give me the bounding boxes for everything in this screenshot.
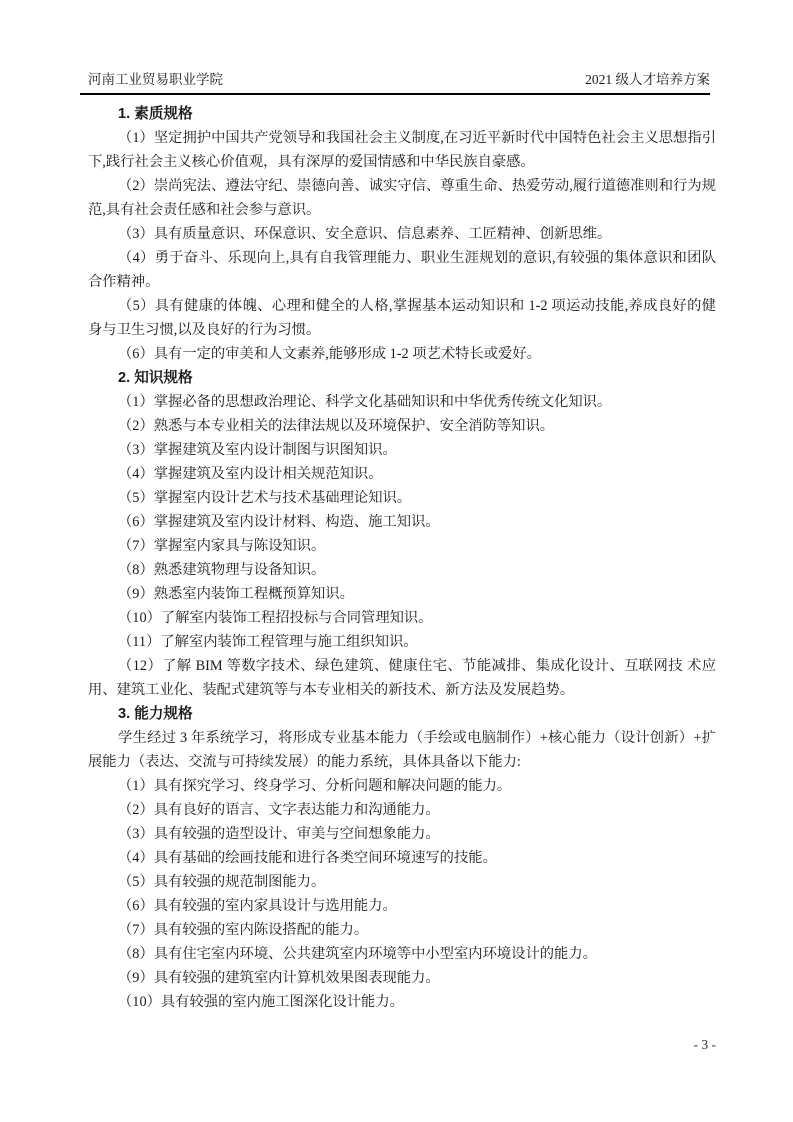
list-paragraph: （7）掌握室内家具与陈设知识。 xyxy=(88,534,716,558)
list-paragraph: （7）具有较强的室内陈设搭配的能力。 xyxy=(88,918,716,942)
list-paragraph: （5）具有较强的规范制图能力。 xyxy=(88,870,716,894)
list-paragraph: （10）了解室内装饰工程招投标与合同管理知识。 xyxy=(88,606,716,630)
document-body: 1. 素质规格（1）坚定拥护中国共产党领导和我国社会主义制度,在习近平新时代中国… xyxy=(88,102,716,1014)
list-paragraph: （2）熟悉与本专业相关的法律法规以及环境保护、安全消防等知识。 xyxy=(88,414,716,438)
list-paragraph: （6）具有一定的审美和人文素养,能够形成 1-2 项艺术特长或爱好。 xyxy=(88,342,716,366)
list-paragraph: （2）具有良好的语言、文字表达能力和沟通能力。 xyxy=(88,798,716,822)
header-plan-title: 2021 级人才培养方案 xyxy=(585,71,710,88)
list-paragraph: （9）熟悉室内装饰工程概预算知识。 xyxy=(88,582,716,606)
list-paragraph: （11）了解室内装饰工程管理与施工组织知识。 xyxy=(88,630,716,654)
header-school-name: 河南工业贸易职业学院 xyxy=(80,71,223,88)
list-paragraph: （10）具有较强的室内施工图深化设计能力。 xyxy=(88,990,716,1014)
list-paragraph: （9）具有较强的建筑室内计算机效果图表现能力。 xyxy=(88,966,716,990)
list-paragraph: （4）勇于奋斗、乐现向上,具有自我管理能力、职业生涯规划的意识,有较强的集体意识… xyxy=(88,246,716,294)
list-paragraph: （6）掌握建筑及室内设计材料、构造、施工知识。 xyxy=(88,510,716,534)
list-paragraph: （3）具有质量意识、环保意识、安全意识、信息素养、工匠精神、创新思维。 xyxy=(88,222,716,246)
list-paragraph: （3）具有较强的造型设计、审美与空间想象能力。 xyxy=(88,822,716,846)
list-paragraph: （5）具有健康的体魄、心理和健全的人格,掌握基本运动知识和 1-2 项运动技能,… xyxy=(88,294,716,342)
section-intro: 学生经过 3 年系统学习，将形成专业基本能力（手绘或电脑制作）+核心能力（设计创… xyxy=(88,726,716,774)
list-paragraph: （12）了解 BIM 等数字技术、绿色建筑、健康住宅、节能减排、集成化设计、互联… xyxy=(88,654,716,702)
list-paragraph: （1）具有探究学习、终身学习、分析问题和解决问题的能力。 xyxy=(88,774,716,798)
list-paragraph: （8）熟悉建筑物理与设备知识。 xyxy=(88,558,716,582)
list-paragraph: （5）掌握室内设计艺术与技术基础理论知识。 xyxy=(88,486,716,510)
list-paragraph: （1）掌握必备的思想政治理论、科学文化基础知识和中华优秀传统文化知识。 xyxy=(88,390,716,414)
section-heading-1: 1. 素质规格 xyxy=(88,102,716,126)
list-paragraph: （8）具有住宅室内环境、公共建筑室内环境等中小型室内环境设计的能力。 xyxy=(88,942,716,966)
list-paragraph: （6）具有较强的室内家具设计与选用能力。 xyxy=(88,894,716,918)
page-header: 河南工业贸易职业学院 2021 级人才培养方案 xyxy=(80,71,710,95)
page-number: - 3 - xyxy=(694,1037,717,1052)
page-footer: - 3 - xyxy=(88,1036,716,1053)
section-heading-2: 2. 知识规格 xyxy=(88,366,716,390)
list-paragraph: （4）具有基础的绘画技能和进行各类空间环境速写的技能。 xyxy=(88,846,716,870)
list-paragraph: （2）崇尚宪法、遵法守纪、崇德向善、诚实守信、尊重生命、热爱劳动,履行道德准则和… xyxy=(88,174,716,222)
list-paragraph: （1）坚定拥护中国共产党领导和我国社会主义制度,在习近平新时代中国特色社会主义思… xyxy=(88,126,716,174)
section-heading-3: 3. 能力规格 xyxy=(88,702,716,726)
list-paragraph: （4）掌握建筑及室内设计相关规范知识。 xyxy=(88,462,716,486)
list-paragraph: （3）掌握建筑及室内设计制图与识图知识。 xyxy=(88,438,716,462)
